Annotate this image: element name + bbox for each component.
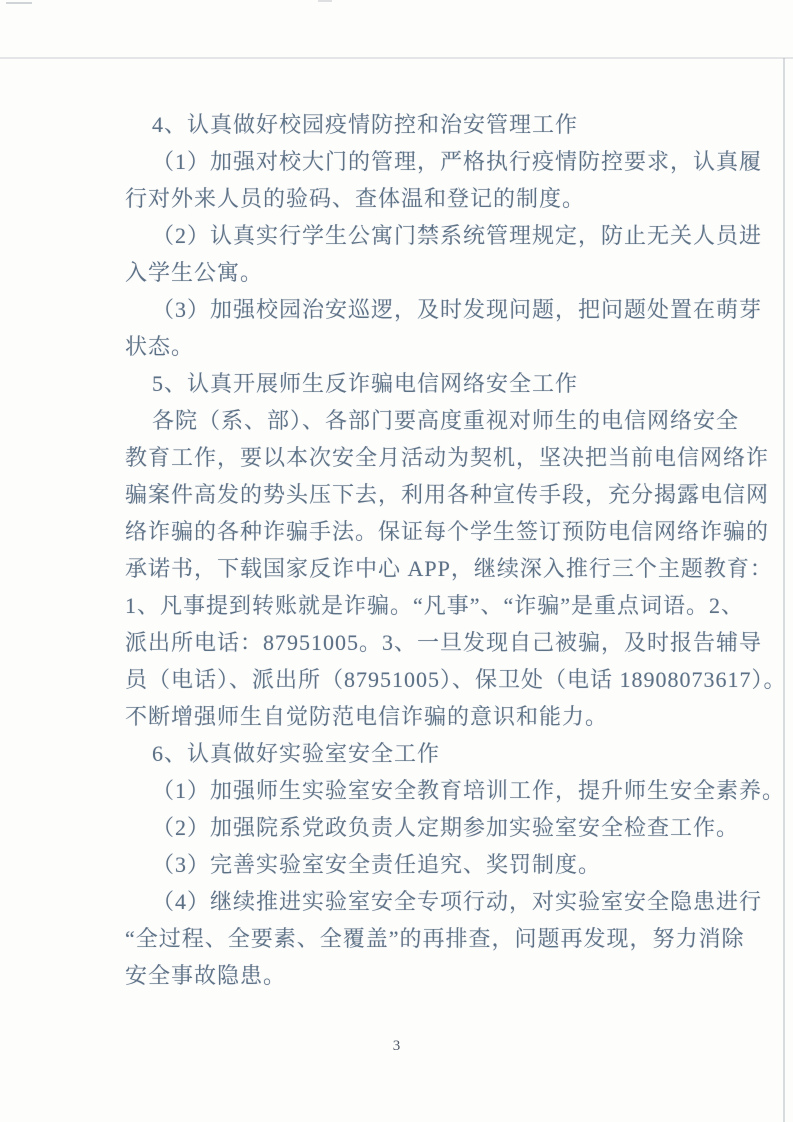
scan-artifact-speck bbox=[318, 0, 332, 2]
text-line: 状态。 bbox=[125, 328, 677, 365]
text-line: （3）完善实验室安全责任追究、奖罚制度。 bbox=[125, 846, 677, 883]
text-line: “全过程、全要素、全覆盖”的再排查，问题再发现，努力消除 bbox=[125, 920, 677, 957]
document-body: 4、认真做好校园疫情防控和治安管理工作（1）加强对校大门的管理，严格执行疫情防控… bbox=[125, 106, 677, 994]
text-line: 骗案件高发的势头压下去，利用各种宣传手段，充分揭露电信网 bbox=[125, 476, 677, 513]
text-line: 派出所电话：87951005。3、一旦发现自己被骗，及时报告辅导 bbox=[125, 624, 677, 661]
text-line: 教育工作，要以本次安全月活动为契机，坚决把当前电信网络诈 bbox=[125, 439, 677, 476]
scan-artifact-right-edge bbox=[783, 58, 785, 1122]
text-line: （1）加强对校大门的管理，严格执行疫情防控要求，认真履 bbox=[125, 143, 677, 180]
document-page: 4、认真做好校园疫情防控和治安管理工作（1）加强对校大门的管理，严格执行疫情防控… bbox=[0, 0, 793, 1122]
heading-line: 4、认真做好校园疫情防控和治安管理工作 bbox=[125, 106, 677, 143]
text-line: 行对外来人员的验码、查体温和登记的制度。 bbox=[125, 180, 677, 217]
heading-line: 5、认真开展师生反诈骗电信网络安全工作 bbox=[125, 365, 677, 402]
text-line: 承诺书，下载国家反诈中心 APP，继续深入推行三个主题教育： bbox=[125, 550, 677, 587]
text-line: 1、凡事提到转账就是诈骗。“凡事”、“诈骗”是重点词语。2、 bbox=[125, 587, 677, 624]
scan-artifact-top-edge bbox=[0, 57, 793, 59]
text-line: 员（电话）、派出所（87951005）、保卫处（电话 18908073617）。 bbox=[125, 661, 677, 698]
text-line: 不断增强师生自觉防范电信诈骗的意识和能力。 bbox=[125, 698, 677, 735]
text-line: 络诈骗的各种诈骗手法。保证每个学生签订预防电信网络诈骗的 bbox=[125, 513, 677, 550]
heading-line: 6、认真做好实验室安全工作 bbox=[125, 735, 677, 772]
page-number: 3 bbox=[0, 1038, 793, 1055]
text-line: （3）加强校园治安巡逻，及时发现问题，把问题处置在萌芽 bbox=[125, 291, 677, 328]
text-line: （1）加强师生实验室安全教育培训工作，提升师生安全素养。 bbox=[125, 772, 677, 809]
scan-artifact-speck bbox=[6, 2, 32, 4]
text-line: （2）认真实行学生公寓门禁系统管理规定，防止无关人员进 bbox=[125, 217, 677, 254]
text-line: （4）继续推进实验室安全专项行动，对实验室安全隐患进行 bbox=[125, 883, 677, 920]
text-line: 各院（系、部）、各部门要高度重视对师生的电信网络安全 bbox=[125, 402, 677, 439]
text-line: 安全事故隐患。 bbox=[125, 957, 677, 994]
text-line: （2）加强院系党政负责人定期参加实验室安全检查工作。 bbox=[125, 809, 677, 846]
text-line: 入学生公寓。 bbox=[125, 254, 677, 291]
